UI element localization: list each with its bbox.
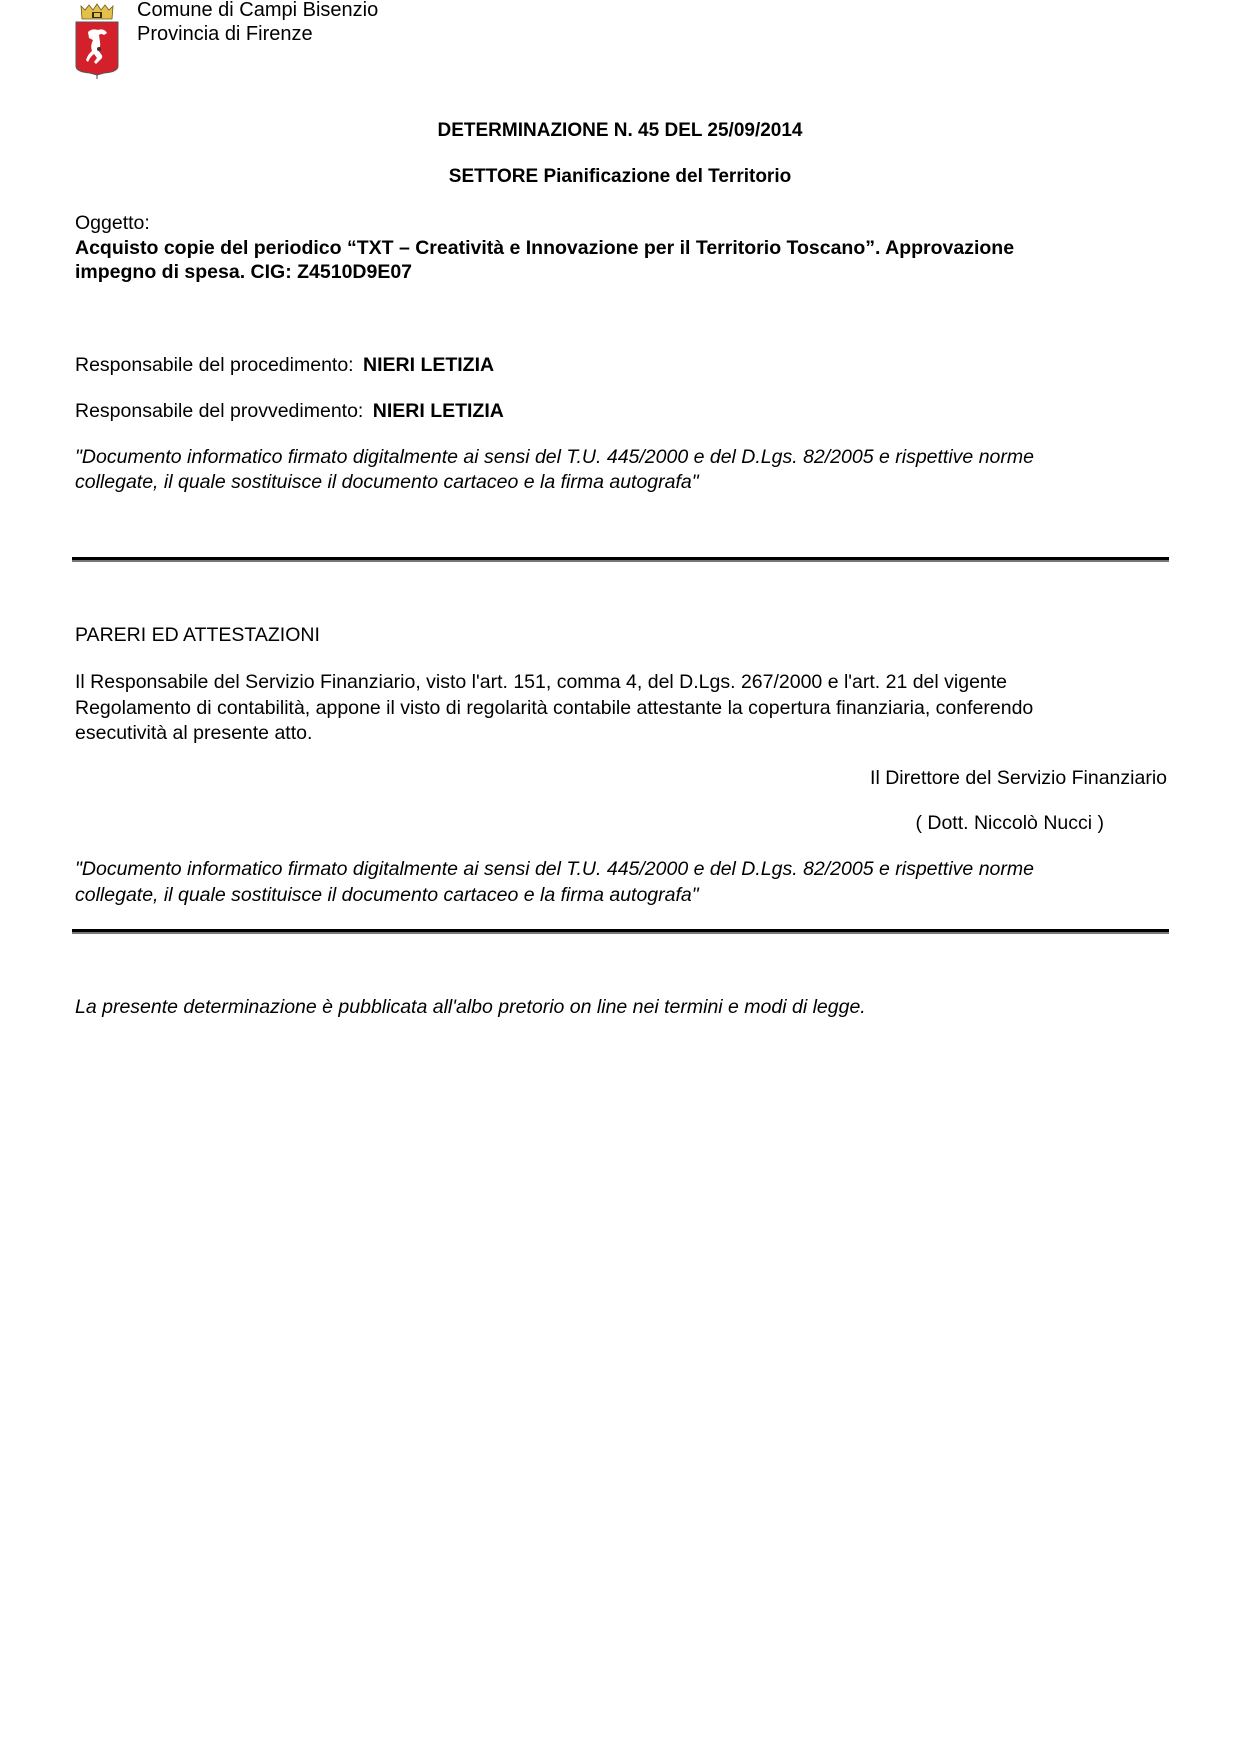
pareri-body-line-3: esecutività al presente atto. <box>75 722 312 745</box>
coat-of-arms-icon <box>74 2 120 80</box>
responsabile-provvedimento: Responsabile del provvedimento: NIERI LE… <box>75 400 504 423</box>
subject-line-2: impegno di spesa. CIG: Z4510D9E07 <box>75 261 412 284</box>
responsabile-procedimento: Responsabile del procedimento: NIERI LET… <box>75 354 494 377</box>
sector-name: Pianificazione del Territorio <box>543 166 791 187</box>
digital-signature-note-line-1: "Documento informatico firmato digitalme… <box>75 446 1034 469</box>
digital-signature-note-line-2: collegate, il quale sostituisce il docum… <box>75 471 699 494</box>
responsabile-procedimento-value: NIERI LETIZIA <box>363 354 494 376</box>
responsabile-provvedimento-value: NIERI LETIZIA <box>373 400 504 422</box>
pareri-heading: PARERI ED ATTESTAZIONI <box>75 624 320 647</box>
sector-line: SETTORE Pianificazione del Territorio <box>0 166 1240 188</box>
section-divider <box>72 929 1169 934</box>
responsabile-provvedimento-label: Responsabile del provvedimento: <box>75 400 363 422</box>
subject-line-1: Acquisto copie del periodico “TXT – Crea… <box>75 237 1014 260</box>
responsabile-procedimento-label: Responsabile del procedimento: <box>75 354 354 376</box>
pareri-signature-note-line-2: collegate, il quale sostituisce il docum… <box>75 884 699 907</box>
province-name: Provincia di Firenze <box>137 23 313 46</box>
signer-role: Il Direttore del Servizio Finanziario <box>870 767 1167 790</box>
subject-label: Oggetto: <box>75 212 150 235</box>
pareri-signature-note-line-1: "Documento informatico firmato digitalme… <box>75 858 1034 881</box>
section-divider <box>72 557 1169 562</box>
pareri-body-line-1: Il Responsabile del Servizio Finanziario… <box>75 671 1007 694</box>
sector-label: SETTORE <box>449 166 538 187</box>
document-title: DETERMINAZIONE N. 45 DEL 25/09/2014 <box>0 120 1240 142</box>
pareri-body-line-2: Regolamento di contabilità, appone il vi… <box>75 697 1033 720</box>
municipality-name: Comune di Campi Bisenzio <box>137 0 378 22</box>
publication-note: La presente determinazione è pubblicata … <box>75 996 866 1019</box>
signer-name: ( Dott. Niccolò Nucci ) <box>915 812 1104 835</box>
